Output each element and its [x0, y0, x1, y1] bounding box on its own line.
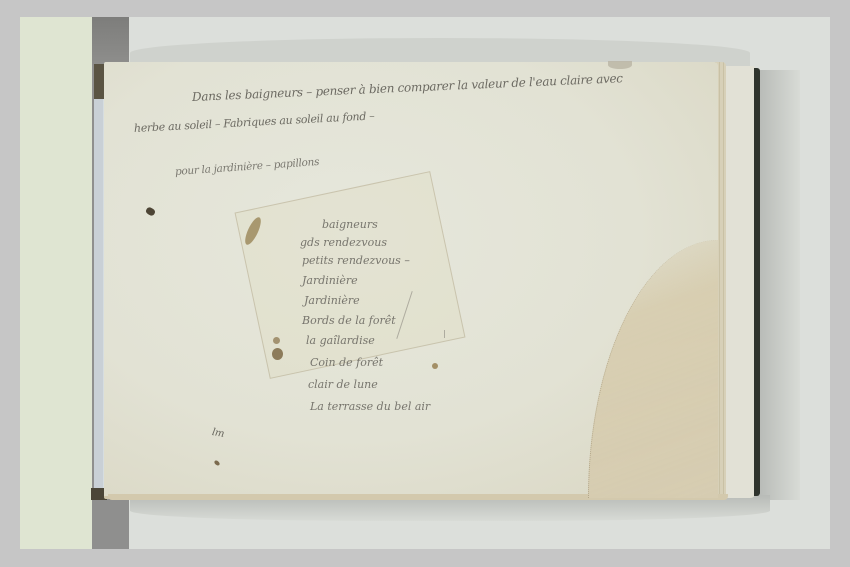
- list-item: Coin de forêt: [310, 356, 383, 369]
- back-cover-edge: [754, 68, 760, 496]
- list-item: gds rendezvous: [300, 236, 387, 249]
- ink-blot: [432, 363, 438, 369]
- list-item: Bords de la forêt: [302, 314, 396, 327]
- binding-gap-shadow: [92, 17, 129, 65]
- margin-mark: lm: [211, 427, 225, 440]
- list-item: baigneurs: [322, 218, 378, 231]
- ink-blot: [273, 337, 280, 344]
- book-shadow-right: [760, 70, 800, 500]
- list-item: Jardinière: [304, 294, 360, 307]
- list-item: clair de lune: [308, 378, 378, 391]
- ink-blot: [272, 348, 283, 360]
- list-item: petits rendezvous –: [302, 254, 410, 267]
- left-mount-card: [20, 17, 92, 549]
- pencil-stroke: [444, 330, 445, 338]
- list-item: la gaîlardise: [306, 334, 375, 347]
- top-edge-stain: [608, 61, 632, 69]
- list-item: La terrasse du bel air: [310, 400, 430, 413]
- list-item: Jardinière: [302, 274, 358, 287]
